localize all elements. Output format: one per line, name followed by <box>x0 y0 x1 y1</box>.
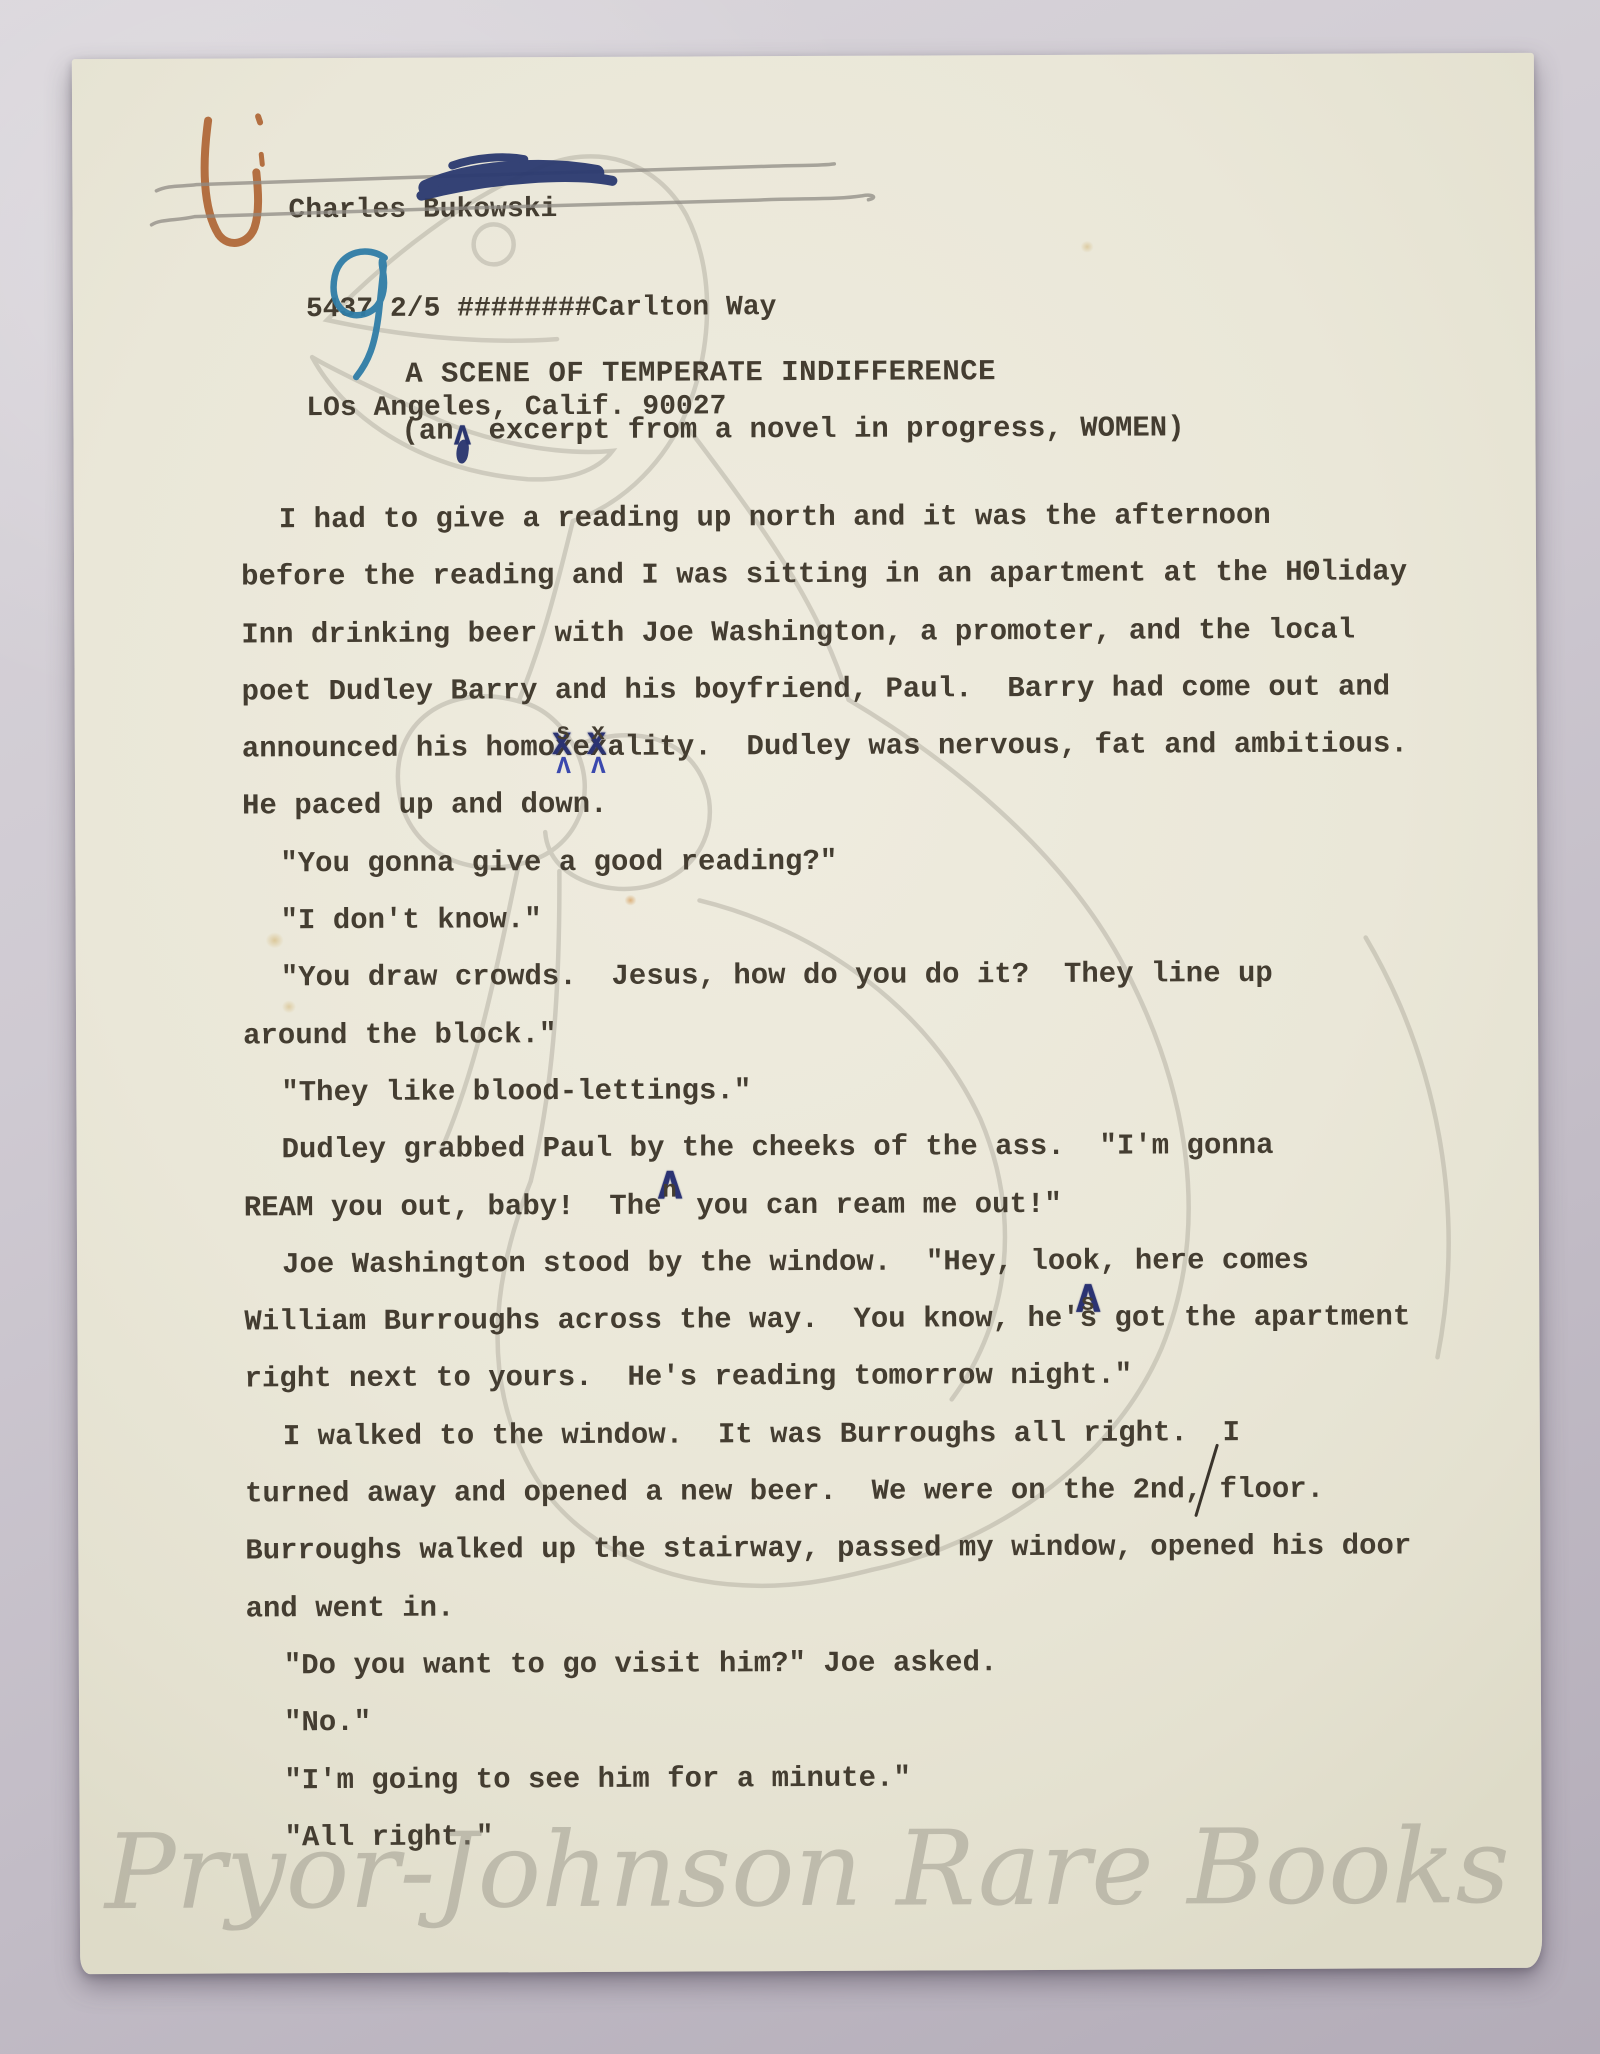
foxing-spot <box>1081 241 1094 253</box>
pen-slash-mark: , <box>1185 1461 1203 1518</box>
subtitle-post: excerpt from a novel in progress, WOMEN) <box>471 411 1185 447</box>
typed-line: "All right." <box>246 1804 1526 1867</box>
ink-correction: Λn <box>661 1177 679 1234</box>
typed-line: "You draw crowds. Jesus, how do you do i… <box>243 944 1523 1007</box>
typed-line: Joe Washington stood by the window. "Hey… <box>244 1231 1524 1294</box>
photo-of-manuscript: { "header": { "name": "Charles Bukowski"… <box>0 0 1600 2054</box>
typed-line: He paced up and down. <box>242 772 1522 835</box>
typed-line: "No." <box>246 1689 1526 1752</box>
typed-line: "You gonna give a good reading?" <box>242 830 1522 893</box>
manuscript-page: Charles Bukowski 5437 2/5 ########Carlto… <box>72 53 1542 1974</box>
typed-line: I had to give a reading up north and it … <box>241 486 1521 549</box>
typed-line: "Do you want to go visit him?" Joe asked… <box>246 1632 1526 1695</box>
typed-line: REAM you out, baby! The Λn you can ream … <box>244 1173 1524 1236</box>
typed-line: "They like blood-lettings." <box>243 1059 1523 1122</box>
typed-line: announced his homoxXsΛexXxΛality. Dudley… <box>242 715 1522 778</box>
typed-line: right next to yours. He's reading tomorr… <box>244 1345 1524 1408</box>
typed-line: Burroughs walked up the stairway, passed… <box>245 1517 1525 1580</box>
author-name: Charles Bukowski <box>288 192 776 227</box>
typed-line: I walked to the window. It was Burroughs… <box>245 1403 1525 1466</box>
typed-line: Dudley grabbed Paul by the cheeks of the… <box>243 1116 1523 1179</box>
body-lines: I had to give a reading up north and it … <box>241 486 1527 1867</box>
typed-line: "I'm going to see him for a minute." <box>246 1746 1526 1809</box>
typed-line: "I don't know." <box>242 887 1522 950</box>
typed-line: Inn drinking beer with Joe Washington, a… <box>241 600 1521 663</box>
subtitle-pre: (an <box>401 415 453 448</box>
ink-correction: xXxΛ <box>590 719 608 776</box>
address-line: 5437 2/5 ########Carlton Way <box>289 291 777 326</box>
typed-line: before the reading and I was sitting in … <box>241 543 1521 606</box>
ink-correction: xXsΛ <box>555 719 573 776</box>
typed-line: turned away and opened a new beer. We we… <box>245 1460 1525 1523</box>
typed-line: around the block." <box>243 1002 1523 1065</box>
ink-correction: sΛs <box>1080 1290 1098 1347</box>
typed-line: William Burroughs across the way. You kn… <box>244 1288 1524 1351</box>
manuscript-subtitle: (an excerpt from a novel in progress, WO… <box>401 411 1184 447</box>
manuscript-title: A SCENE OF TEMPERATE INDIFFERENCE <box>405 355 996 391</box>
overtyped-hashes: ######## <box>457 293 592 325</box>
typed-line: poet Dudley Barry and his boyfriend, Pau… <box>241 658 1521 721</box>
paperclip-rust-stain <box>204 120 258 243</box>
typed-line: and went in. <box>245 1575 1525 1638</box>
address-number: 5437 2/5 <box>306 294 457 326</box>
street-name: Carlton Way <box>592 292 777 324</box>
